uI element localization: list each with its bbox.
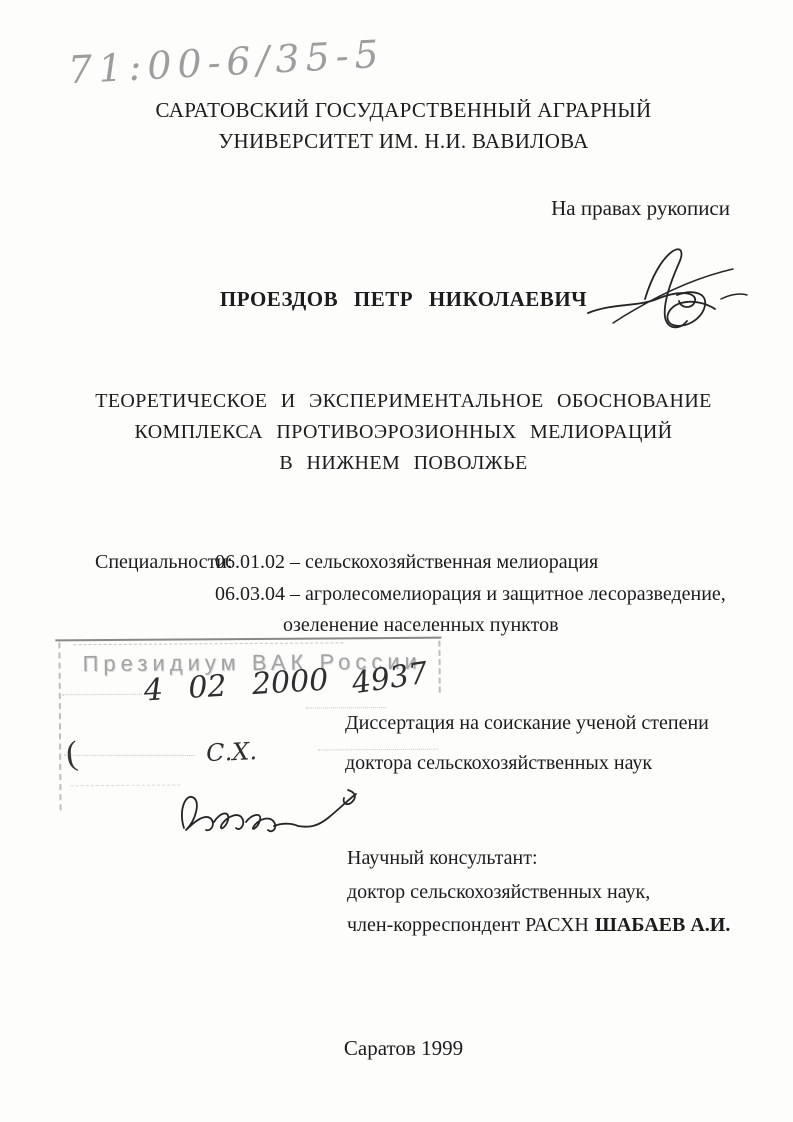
specialty-item-2: 06.03.04 – агролесомелиорация и защитное…: [215, 583, 726, 606]
university-name-line1: САРАТОВСКИЙ ГОСУДАРСТВЕННЫЙ АГРАРНЫЙ: [0, 98, 793, 123]
dissertation-degree-line2: доктора сельскохозяйственных наук: [345, 752, 652, 775]
consultant-membership: член-корреспондент РАСХН: [347, 914, 589, 936]
stamp-faded-line: [306, 707, 386, 709]
consultant-label: Научный консультант:: [347, 847, 538, 870]
catalog-number-handwriting: 71:00-6/35-5: [67, 32, 386, 93]
dissertation-title-line3: В НИЖНЕМ ПОВОЛЖЬЕ: [0, 452, 793, 475]
specialty-item-1: 06.01.02 – сельскохозяйственная мелиорац…: [215, 551, 598, 574]
approval-signature: [170, 782, 365, 844]
dissertation-title-page: 71:00-6/35-5 САРАТОВСКИЙ ГОСУДАРСТВЕННЫЙ…: [0, 0, 793, 1122]
stamp-faded-line: [62, 694, 142, 696]
specialty-item-2-continuation: озеленение населенных пунктов: [283, 614, 559, 637]
stamp-faded-line: [70, 784, 180, 786]
stamp-initials-handwriting: С.Х.: [206, 737, 258, 767]
dissertation-degree-line1: Диссертация на соискание ученой степени: [345, 712, 709, 735]
stamp-border-top-faded: [73, 642, 343, 645]
stamp-border-top: [55, 637, 441, 642]
specialties-label: Специальности:: [95, 551, 233, 574]
consultant-membership-and-name: член-корреспондент РАСХНШАБАЕВ А.И.: [347, 914, 730, 937]
manuscript-rights-note: На правах рукописи: [551, 196, 730, 221]
university-name-line2: УНИВЕРСИТЕТ ИМ. Н.И. ВАВИЛОВА: [0, 129, 793, 154]
stamp-faded-line: [64, 755, 194, 756]
author-name: ПРОЕЗДОВ ПЕТР НИКОЛАЕВИЧ: [0, 287, 793, 312]
consultant-name: ШАБАЕВ А.И.: [595, 914, 731, 936]
dissertation-title-line2: КОМПЛЕКСА ПРОТИВОЭРОЗИОННЫХ МЕЛИОРАЦИЙ: [0, 421, 793, 444]
stamp-faded-line: [318, 749, 438, 751]
stamp-border-right: [438, 641, 440, 693]
city-and-year: Саратов 1999: [0, 1036, 793, 1061]
consultant-degree: доктор сельскохозяйственных наук,: [347, 881, 650, 904]
dissertation-title-line1: ТЕОРЕТИЧЕСКОЕ И ЭКСПЕРИМЕНТАЛЬНОЕ ОБОСНО…: [0, 390, 793, 413]
stamp-border-left: [58, 642, 61, 810]
